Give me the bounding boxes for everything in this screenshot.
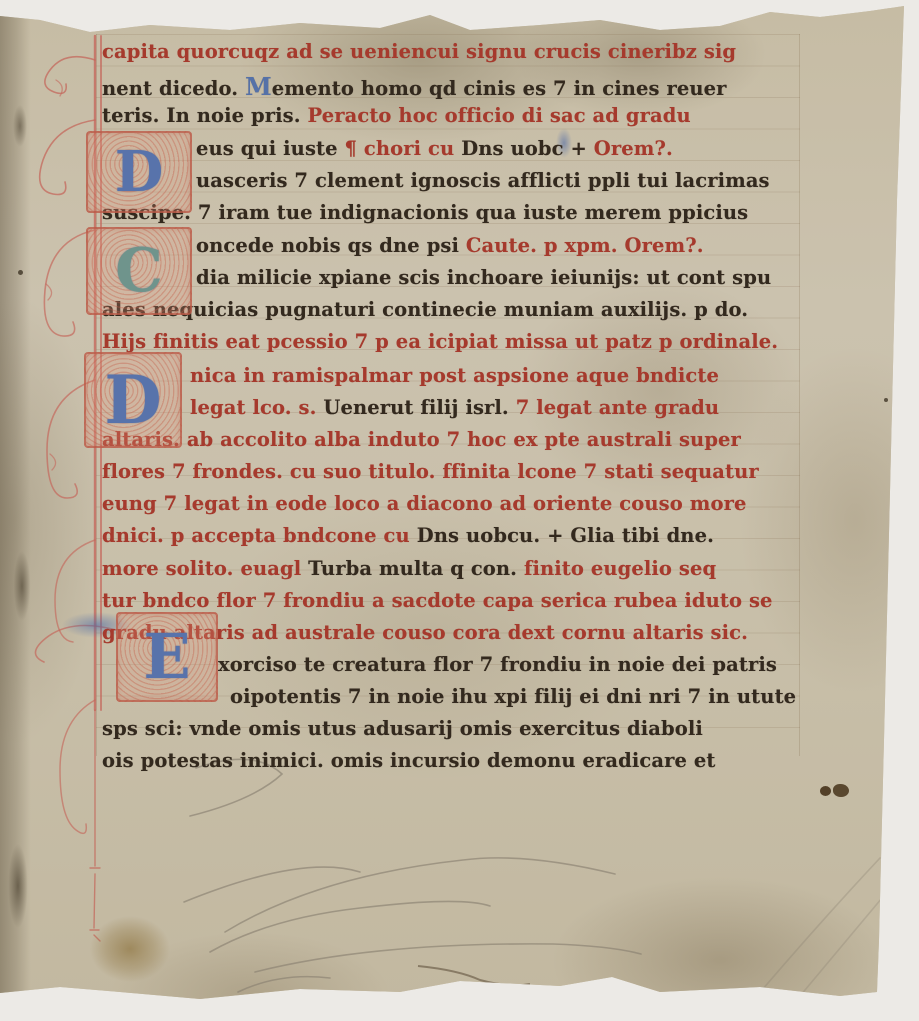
text-segment: ois potestas inimici. omis incursio demo… xyxy=(102,749,716,772)
text-segment: M xyxy=(245,72,272,101)
text-line: more solito. euagl Turba multa q con. fi… xyxy=(102,557,716,580)
text-segment: Dns uobcu. + Glia tibi dne. xyxy=(417,524,714,547)
text-line: Hijs finitis eat pcessio 7 p ea icipiat … xyxy=(102,330,778,353)
text-line: legat lco. s. Uenerut filij isrl. 7 lega… xyxy=(190,396,719,419)
initial-dnica: D xyxy=(84,352,182,448)
text-segment: finito eugelio seq xyxy=(524,557,716,580)
text-line: ales nequicias pugnaturi continecie muni… xyxy=(102,298,748,321)
text-segment: dnici. p accepta bndcone cu xyxy=(102,524,417,547)
text-segment: altaris. ab accolito alba induto 7 hoc e… xyxy=(102,428,741,451)
text-segment: Dns uobc + xyxy=(461,137,594,160)
text-segment: emento homo qd cinis es 7 in cines reuer xyxy=(272,77,727,100)
text-segment: Turba multa q con. xyxy=(308,557,524,580)
text-segment: teris. In noie pris. xyxy=(102,104,308,127)
text-line: oncede nobis qs dne psi Caute. p xpm. Or… xyxy=(196,234,704,257)
text-segment: ¶ chori cu xyxy=(345,137,462,160)
initial-letter: D xyxy=(104,367,161,433)
text-segment: more solito. euagl xyxy=(102,557,308,580)
text-line: altaris. ab accolito alba induto 7 hoc e… xyxy=(102,428,741,451)
initial-exorciso: E xyxy=(116,612,218,702)
text-segment: ales nequicias pugnaturi continecie muni… xyxy=(102,298,748,321)
text-segment: 7 legat ante gradu xyxy=(516,396,719,419)
text-segment: Caute. p xpm. Orem?. xyxy=(466,234,704,257)
text-line: xorciso te creatura flor 7 frondiu in no… xyxy=(218,653,777,676)
text-line: sps sci: vnde omis utus adusarij omis ex… xyxy=(102,717,703,740)
initial-letter: C xyxy=(115,241,163,301)
text-line: flores 7 frondes. cu suo titulo. ffinita… xyxy=(102,460,759,483)
text-line: suscipe. 7 iram tue indignacionis qua iu… xyxy=(102,201,748,224)
text-line: oipotentis 7 in noie ihu xpi filij ei dn… xyxy=(230,685,796,708)
text-line: uasceris 7 clement ignoscis afflicti ppl… xyxy=(196,169,770,192)
text-segment: eus qui iuste xyxy=(196,137,345,160)
cropped-top-rubric: uim num uuim qz nuncz pu uspu in numis u… xyxy=(100,0,820,33)
text-line: ois potestas inimici. omis incursio demo… xyxy=(102,749,716,772)
text-line: dnici. p accepta bndcone cu Dns uobcu. +… xyxy=(102,524,714,547)
text-segment: nica in ramispalmar post aspsione aque b… xyxy=(190,364,719,387)
text-segment: dia milicie xpiane scis inchoare ieiunij… xyxy=(196,266,771,289)
text-segment: Uenerut filij isrl. xyxy=(323,396,515,419)
text-segment: suscipe. 7 iram tue indignacionis qua iu… xyxy=(102,201,748,224)
text-line: nica in ramispalmar post aspsione aque b… xyxy=(190,364,719,387)
manuscript-photo-page: { "document": { "kind": "medieval manusc… xyxy=(0,0,919,1021)
text-line: teris. In noie pris. Peracto hoc officio… xyxy=(102,104,691,127)
initial-concede: C xyxy=(86,227,192,315)
text-line: tur bndco flor 7 frondiu a sacdote capa … xyxy=(102,589,773,612)
initial-letter: E xyxy=(143,626,190,688)
text-segment: xorciso te creatura flor 7 frondiu in no… xyxy=(218,653,777,676)
text-segment: nent dicedo. xyxy=(102,77,245,100)
text-line: eus qui iuste ¶ chori cu Dns uobc + Orem… xyxy=(196,137,673,160)
text-segment: legat lco. s. xyxy=(190,396,323,419)
text-segment: eung 7 legat in eode loco a diacono ad o… xyxy=(102,492,746,515)
parchment-leaf: uim num uuim qz nuncz pu uspu in numis u… xyxy=(0,0,919,1021)
text-segment: tur bndco flor 7 frondiu a sacdote capa … xyxy=(102,589,773,612)
text-segment: uasceris 7 clement ignoscis afflicti ppl… xyxy=(196,169,770,192)
text-block: uim num uuim qz nuncz pu uspu in numis u… xyxy=(0,0,919,1021)
cropped-rubric-minims: uim num uuim qz nuncz pu uspu in numis u… xyxy=(104,0,698,10)
text-segment: oncede nobis qs dne psi xyxy=(196,234,466,257)
text-line: eung 7 legat in eode loco a diacono ad o… xyxy=(102,492,746,515)
text-segment: sps sci: vnde omis utus adusarij omis ex… xyxy=(102,717,703,740)
text-segment: Orem?. xyxy=(594,137,673,160)
initial-letter: D xyxy=(115,144,164,200)
text-segment: capita quorcuqz ad se ueniencui signu cr… xyxy=(102,40,736,63)
text-line: nent dicedo. Memento homo qd cinis es 7 … xyxy=(102,72,727,101)
text-line: dia milicie xpiane scis inchoare ieiunij… xyxy=(196,266,771,289)
text-segment: Peracto hoc officio di sac ad gradu xyxy=(308,104,691,127)
text-segment: Hijs finitis eat pcessio 7 p ea icipiat … xyxy=(102,330,778,353)
text-segment: flores 7 frondes. cu suo titulo. ffinita… xyxy=(102,460,759,483)
initial-deus: D xyxy=(86,131,192,213)
text-segment: oipotentis 7 in noie ihu xpi filij ei dn… xyxy=(230,685,796,708)
text-line: capita quorcuqz ad se ueniencui signu cr… xyxy=(102,40,736,63)
